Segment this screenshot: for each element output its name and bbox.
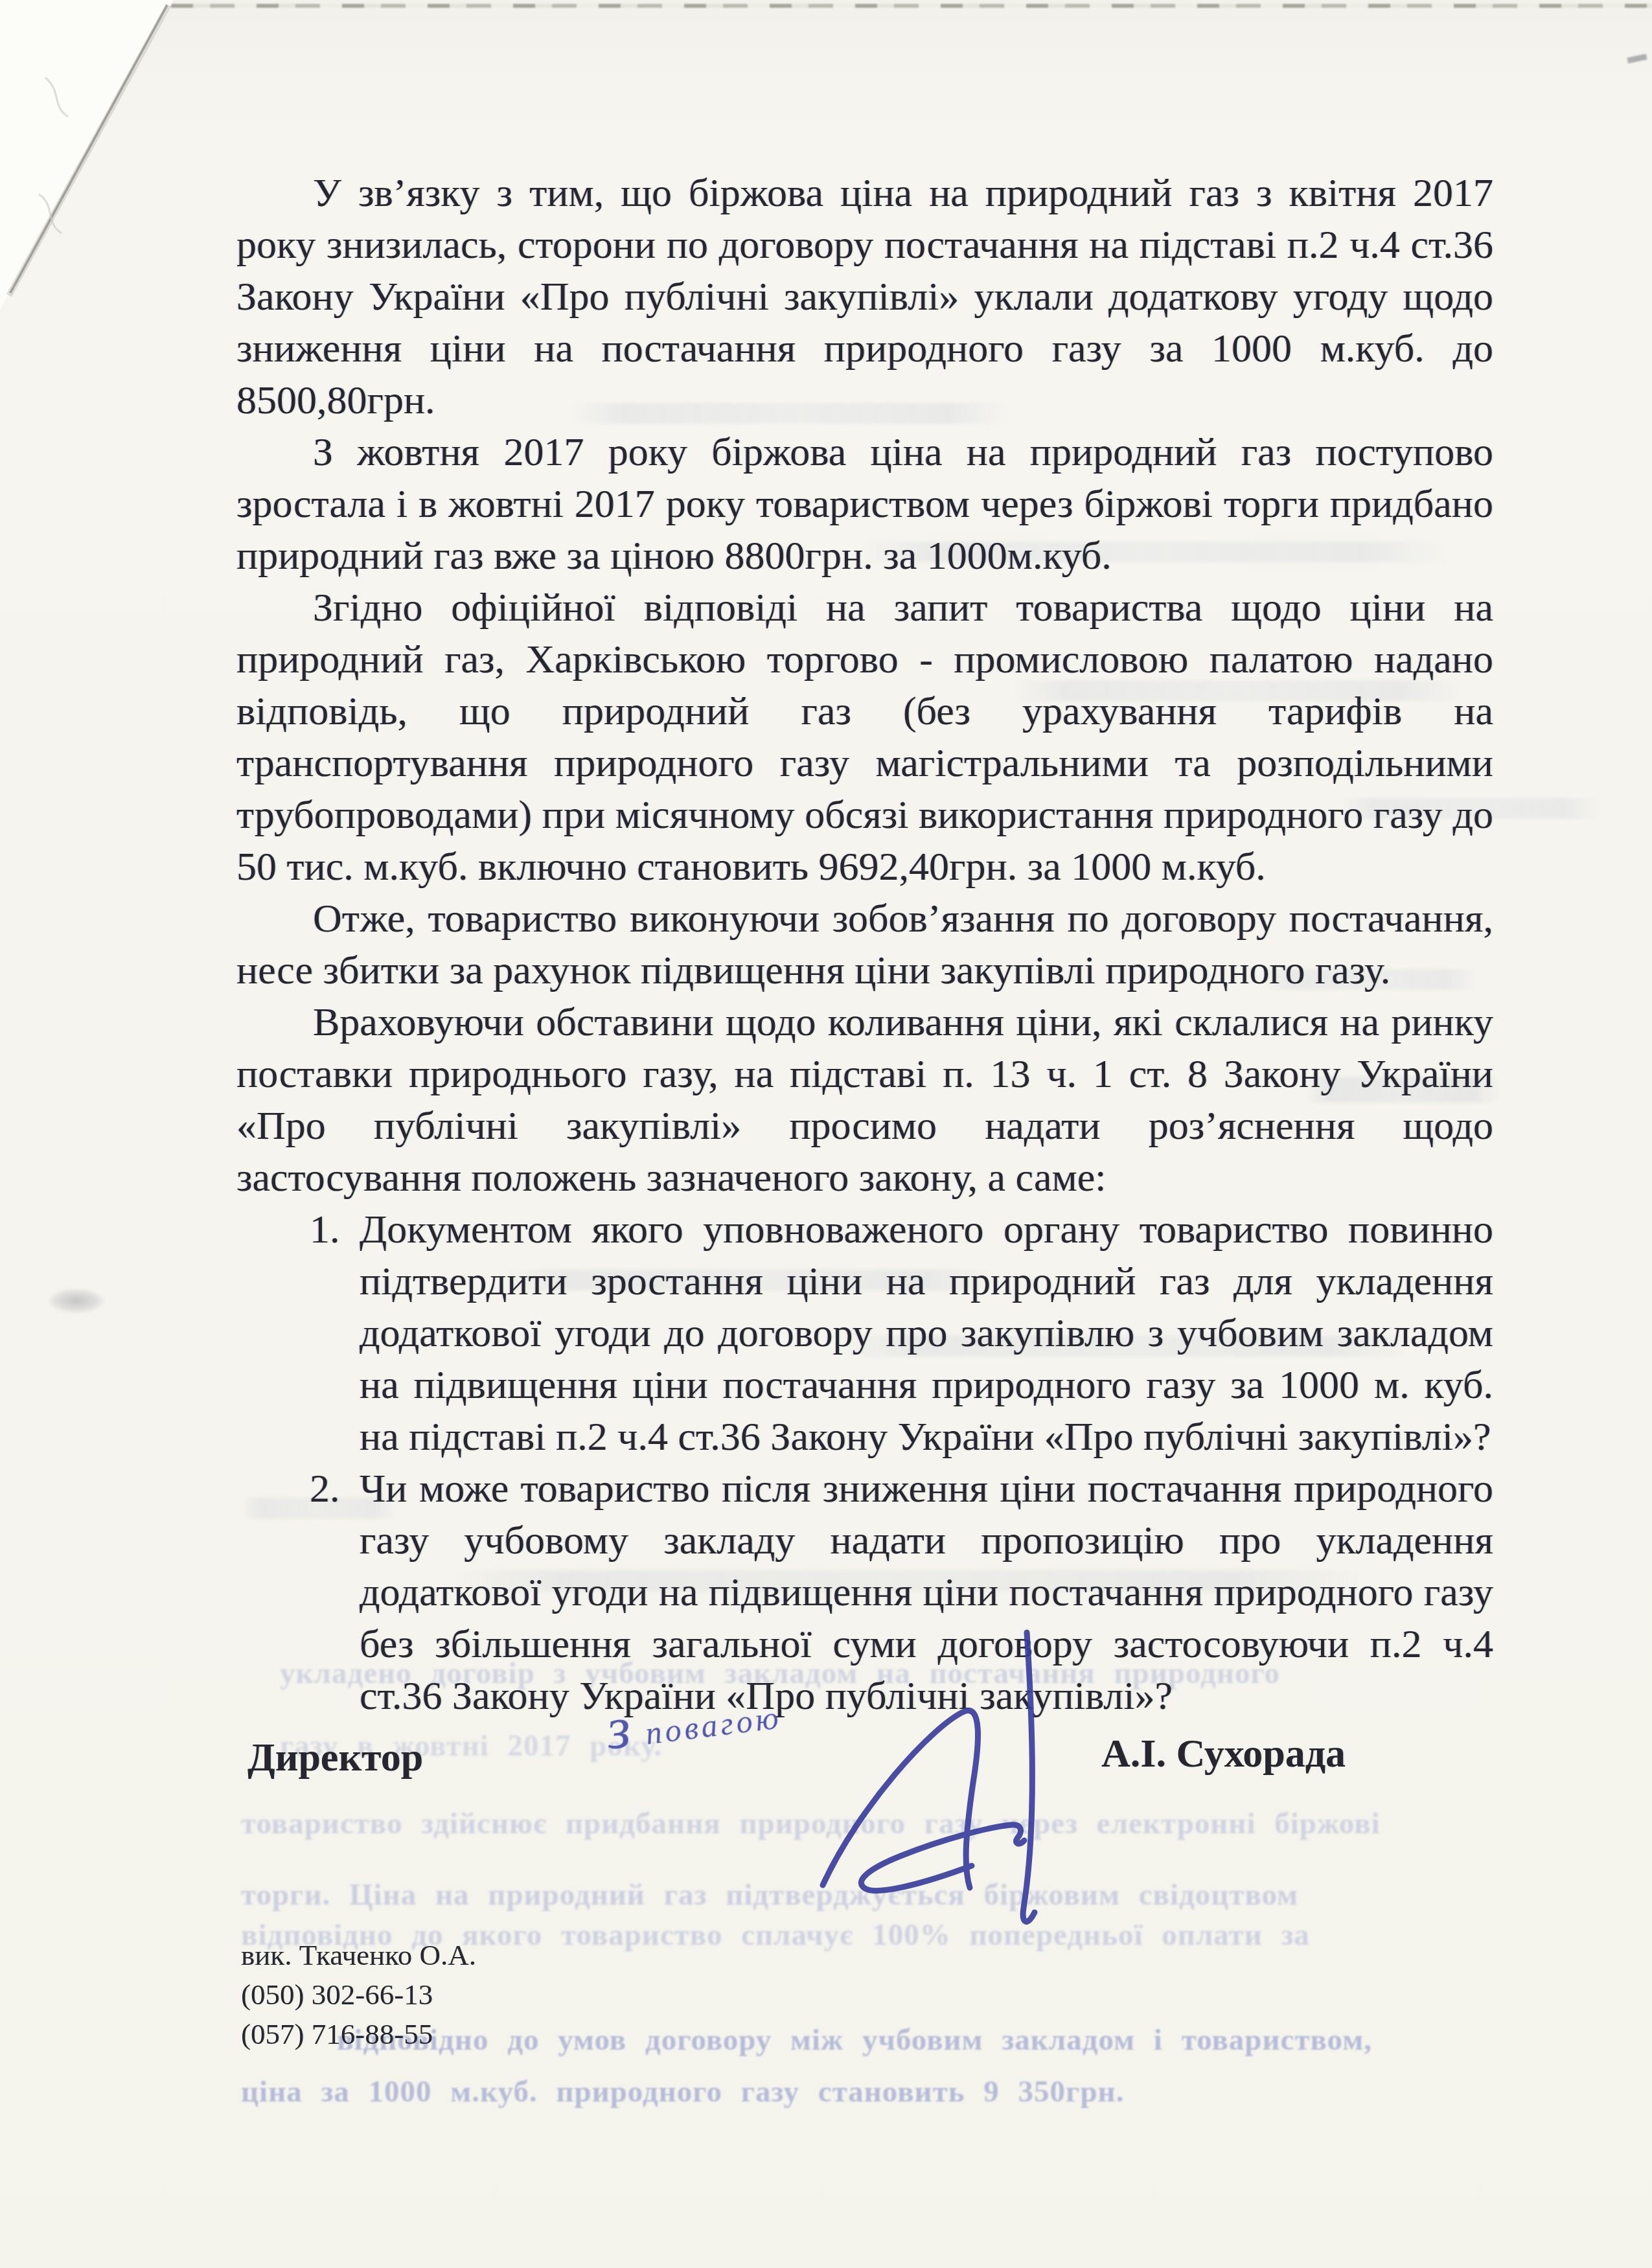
paragraph: Враховуючи обставини щодо коливання ціни… [236,996,1493,1204]
phone-number: (050) 302-66-13 [241,1975,476,2015]
item-text: Документом якого уповноваженого органу т… [360,1208,1493,1459]
smudge-mark [38,1284,115,1318]
bleed-through-line: ціна за 1000 м.куб. природного газу стан… [241,2074,1124,2109]
scanned-letter-page: укладено договір з учбовим закладом на п… [0,0,1652,2268]
paragraph: У зв’язку з тим, що біржова ціна на прир… [236,167,1493,426]
executor-name: вик. Ткаченко О.А. [241,1936,476,1975]
signer-title: Директор [247,1735,423,1781]
item-number: 1. [310,1204,340,1255]
scan-speck [1627,54,1647,63]
item-number: 2. [310,1463,340,1515]
signature-stroke [823,1632,1035,1921]
signature [661,1613,1153,1976]
phone-number: (057) 716-88-55 [241,2015,476,2054]
page-fold-corner [0,0,214,350]
scan-edge-artifact [0,4,1652,8]
letter-body: У зв’язку з тим, що біржова ціна на прир… [236,167,1493,1722]
numbered-item: 1. Документом якого уповноваженого орган… [236,1204,1493,1463]
paragraph: З жовтня 2017 року біржова ціна на приро… [236,426,1493,582]
footer-block: вик. Ткаченко О.А. (050) 302-66-13 (057)… [241,1936,476,2054]
paragraph: Згідно офіційної відповіді на запит това… [236,582,1493,893]
bleed-through-line: відповідно до умов договору між учбовим … [337,2022,1372,2057]
paragraph: Отже, товариство виконуючи зобов’язання … [236,893,1493,996]
